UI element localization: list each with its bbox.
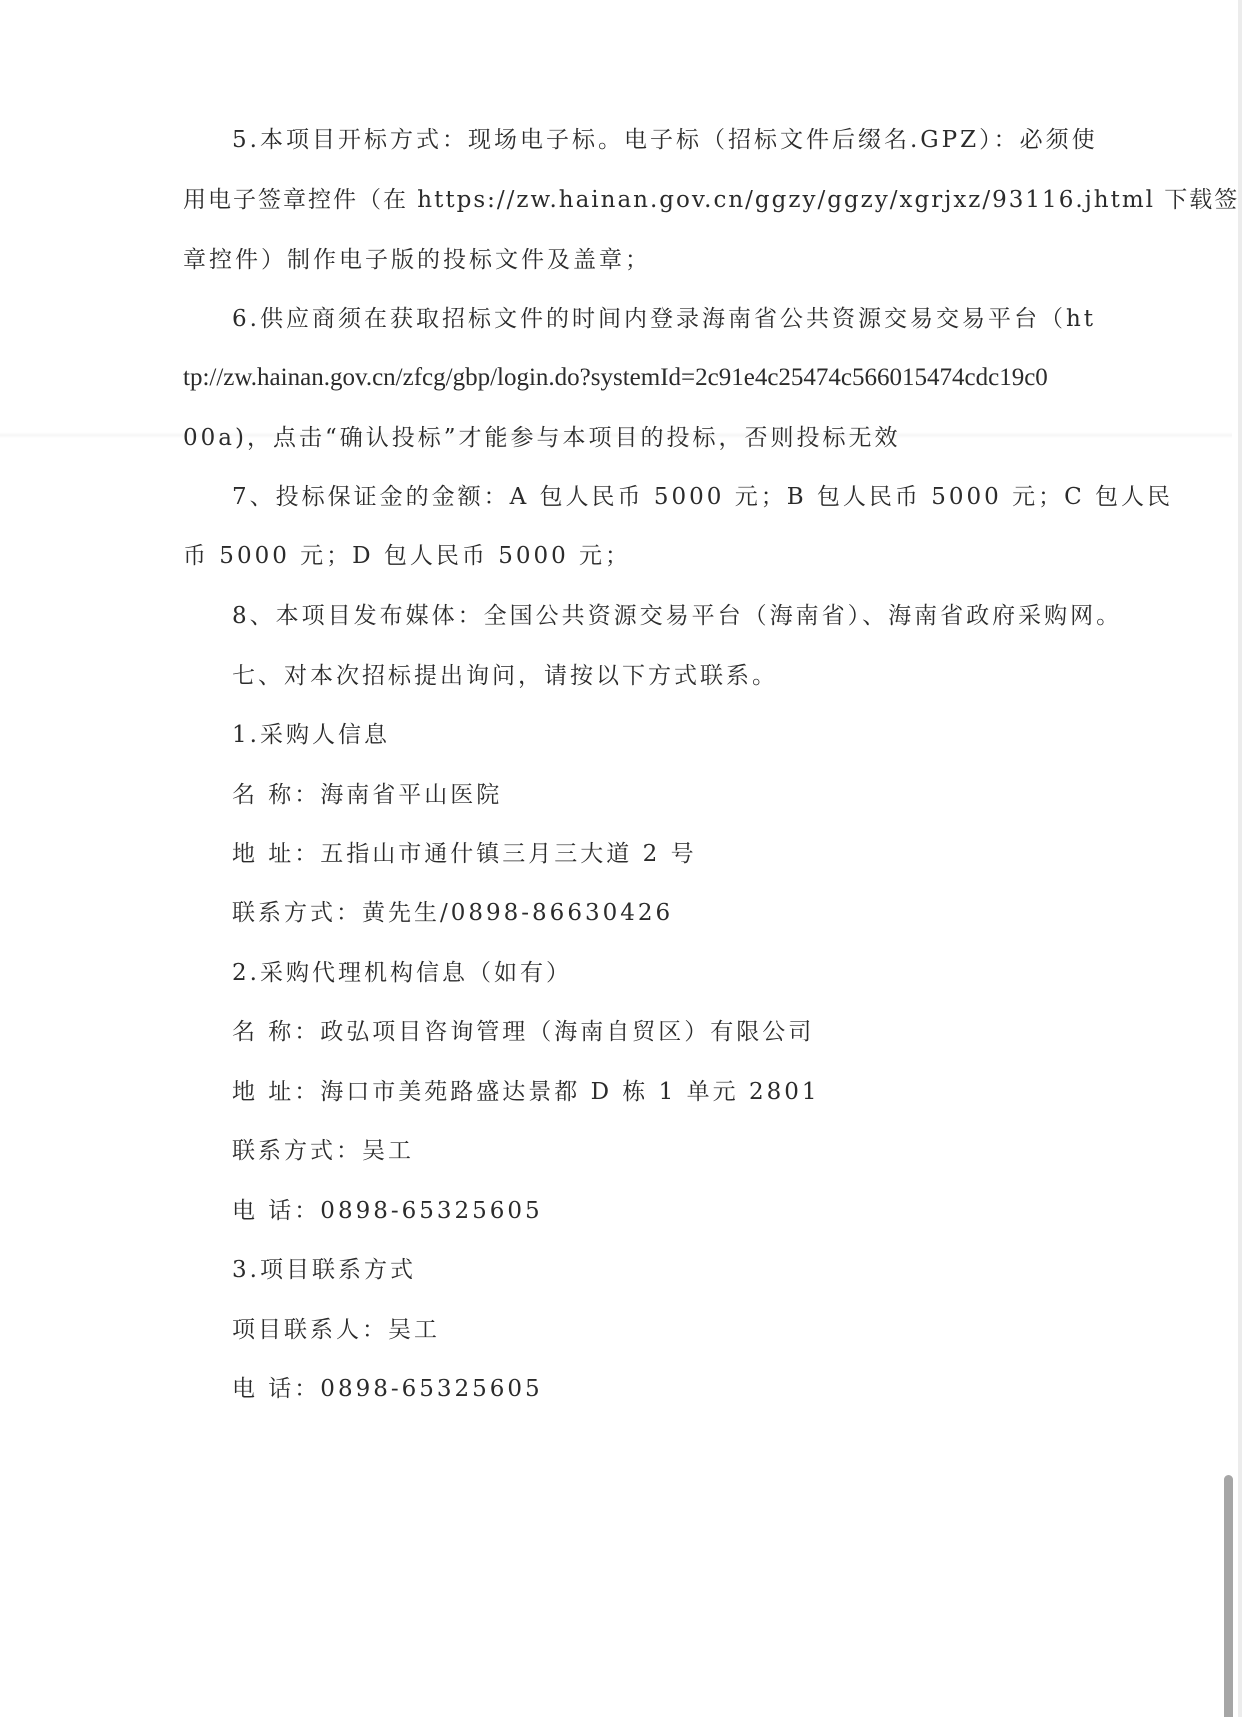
agency-address: 地 址：海口市美苑路盛达景都 D 栋 1 单元 2801 (232, 1077, 819, 1107)
page-right-edge (1238, 0, 1242, 1717)
document-page: 5.本项目开标方式：现场电子标。电子标（招标文件后缀名.GPZ）：必须使 用电子… (0, 0, 1232, 1717)
project-contact-phone: 电 话：0898-65325605 (232, 1374, 543, 1404)
purchaser-contact: 联系方式：黄先生/0898-86630426 (232, 898, 673, 928)
paragraph-7-line-1: 7、投标保证金的金额：A 包人民币 5000 元；B 包人民币 5000 元；C… (232, 482, 1173, 512)
purchaser-info-heading: 1.采购人信息 (232, 720, 390, 750)
paragraph-8-line-1: 8、本项目发布媒体：全国公共资源交易平台（海南省）、海南省政府采购网。 (232, 601, 1122, 631)
paragraph-5-line-2: 用电子签章控件（在 https://zw.hainan.gov.cn/ggzy/… (183, 185, 1239, 215)
purchaser-name: 名 称：海南省平山医院 (232, 780, 502, 810)
project-contact-person: 项目联系人：吴工 (232, 1315, 440, 1345)
paragraph-6-line-1: 6.供应商须在获取招标文件的时间内登录海南省公共资源交易交易平台（ht (232, 304, 1096, 334)
paragraph-7-line-2: 币 5000 元；D 包人民币 5000 元； (183, 541, 631, 571)
project-contact-heading: 3.项目联系方式 (232, 1255, 416, 1285)
vertical-scrollbar-thumb[interactable] (1224, 1475, 1233, 1717)
paragraph-5-line-1: 5.本项目开标方式：现场电子标。电子标（招标文件后缀名.GPZ）：必须使 (232, 125, 1098, 155)
purchaser-address: 地 址：五指山市通什镇三月三大道 2 号 (232, 839, 697, 869)
agency-info-heading: 2.采购代理机构信息（如有） (232, 958, 572, 988)
paragraph-5-line-3: 章控件）制作电子版的投标文件及盖章； (183, 245, 651, 275)
paragraph-6-line-2: tp://zw.hainan.gov.cn/zfcg/gbp/login.do?… (183, 363, 1048, 393)
paragraph-6-line-3: 00a)，点击“确认投标”才能参与本项目的投标，否则投标无效 (183, 423, 900, 453)
agency-phone: 电 话：0898-65325605 (232, 1196, 543, 1226)
agency-name: 名 称：政弘项目咨询管理（海南自贸区）有限公司 (232, 1017, 814, 1047)
section-7-heading: 七、对本次招标提出询问，请按以下方式联系。 (232, 661, 778, 691)
agency-contact: 联系方式：吴工 (232, 1136, 414, 1166)
